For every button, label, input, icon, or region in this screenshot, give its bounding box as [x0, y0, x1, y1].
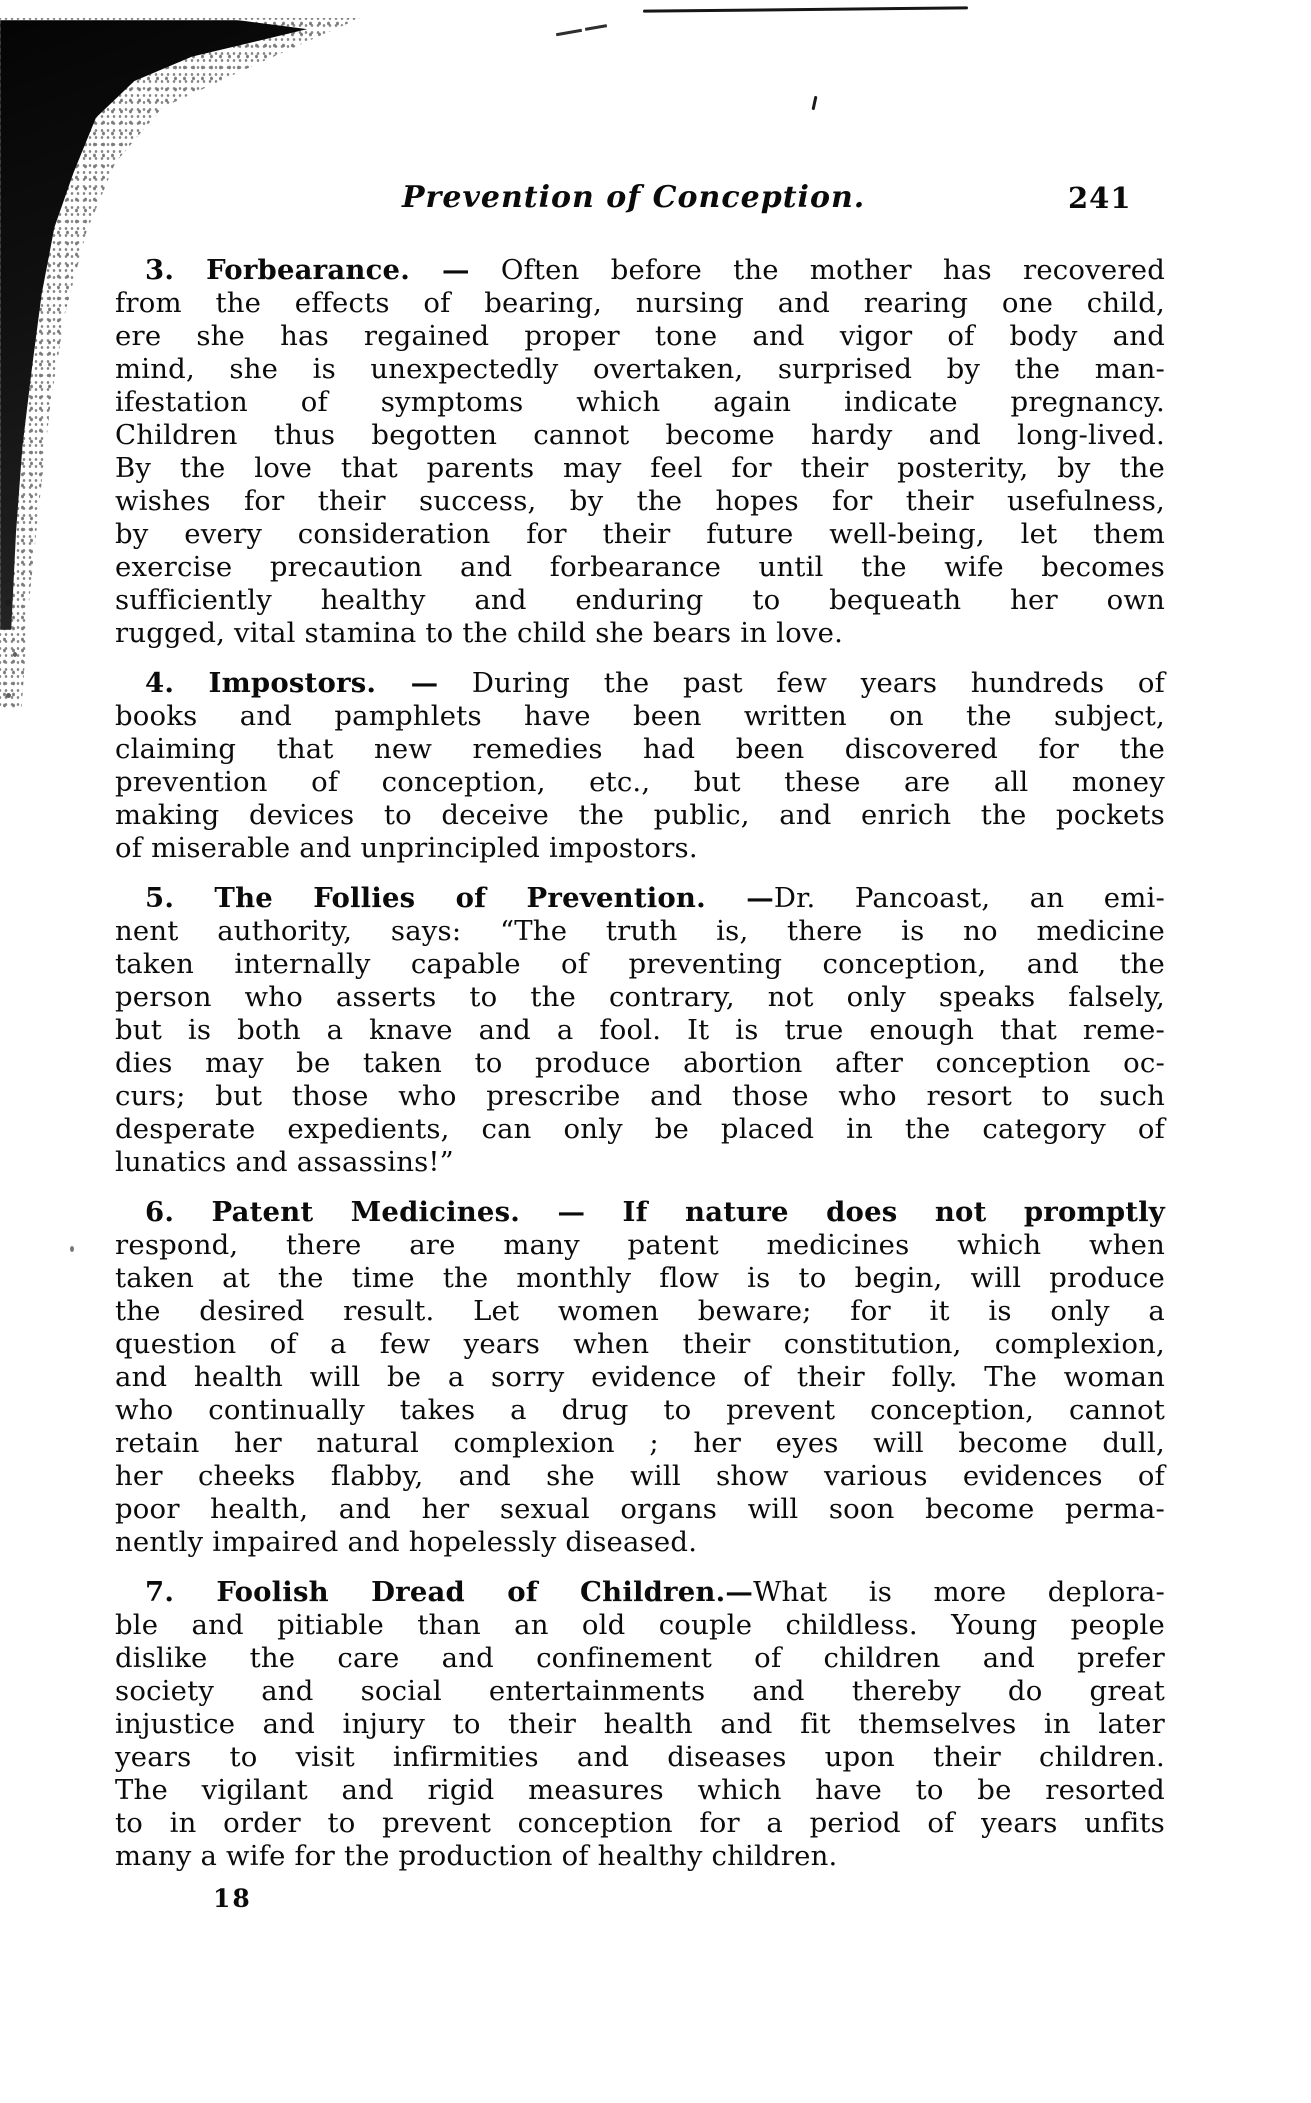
page-number: 241 — [1068, 181, 1132, 215]
text-line: nently impaired and hopelessly diseased. — [115, 1526, 1165, 1559]
text-line: claiming that new remedies had been disc… — [115, 733, 1165, 766]
text-line: injustice and injury to their health and… — [115, 1708, 1165, 1741]
heading-rest-text: Dr. Pancoast, an emi- — [774, 882, 1165, 914]
text-line: and health will be a sorry evidence of t… — [115, 1361, 1165, 1394]
text-line: years to visit infirmities and diseases … — [115, 1741, 1165, 1774]
text-block: 3. Forbearance. — Often before the mothe… — [115, 254, 1165, 1890]
text-line: ble and pitiable than an old couple chil… — [115, 1609, 1165, 1642]
section-heading: 4. Impostors. — — [145, 667, 438, 699]
text-line: 6. Patent Medicines. — If nature does no… — [115, 1196, 1165, 1229]
text-line: exercise precaution and forbearance unti… — [115, 551, 1165, 584]
ink-speck — [5, 600, 11, 606]
text-line: taken at the time the monthly flow is to… — [115, 1262, 1165, 1295]
text-line: By the love that parents may feel for th… — [115, 452, 1165, 485]
text-line: desperate expedients, can only be placed… — [115, 1113, 1165, 1146]
text-line: retain her natural complexion ; her eyes… — [115, 1427, 1165, 1460]
section-heading: 3. Forbearance. — — [145, 254, 470, 286]
text-line: dislike the care and confinement of chil… — [115, 1642, 1165, 1675]
paragraph: 5. The Follies of Prevention. —Dr. Panco… — [115, 882, 1165, 1179]
footer-signature-mark: 18 — [213, 1884, 252, 1913]
text-line: making devices to deceive the public, an… — [115, 799, 1165, 832]
ink-speck — [13, 652, 17, 657]
text-line: The vigilant and rigid measures which ha… — [115, 1774, 1165, 1807]
book-page-scan: Prevention of Conception. 241 3. Forbear… — [0, 0, 1311, 2103]
scan-mark-artifact — [556, 29, 582, 36]
text-line: poor health, and her sexual organs will … — [115, 1493, 1165, 1526]
text-line: respond, there are many patent medicines… — [115, 1229, 1165, 1262]
text-line: books and pamphlets have been written on… — [115, 700, 1165, 733]
text-line: of miserable and unprincipled impostors. — [115, 832, 1165, 865]
text-line: mind, she is unexpectedly overtaken, sur… — [115, 353, 1165, 386]
text-line: the desired result. Let women beware; fo… — [115, 1295, 1165, 1328]
text-line: question of a few years when their const… — [115, 1328, 1165, 1361]
scan-line-artifact — [643, 6, 968, 12]
text-line: 5. The Follies of Prevention. —Dr. Panco… — [115, 882, 1165, 915]
text-line: ifestation of symptoms which again indic… — [115, 386, 1165, 419]
text-line: sufficiently healthy and enduring to beq… — [115, 584, 1165, 617]
text-line: lunatics and assassins!” — [115, 1146, 1165, 1179]
scan-mark-artifact — [585, 24, 607, 31]
text-line: ere she has regained proper tone and vig… — [115, 320, 1165, 353]
heading-rest-text: During the past few years hundreds of — [438, 667, 1165, 699]
heading-rest-text: What is more deplora- — [753, 1576, 1165, 1608]
text-line: her cheeks flabby, and she will show var… — [115, 1460, 1165, 1493]
text-line: 3. Forbearance. — Often before the mothe… — [115, 254, 1165, 287]
text-line: dies may be taken to produce abortion af… — [115, 1047, 1165, 1080]
paragraph: 3. Forbearance. — Often before the mothe… — [115, 254, 1165, 650]
section-heading: 6. Patent Medicines. — If nature does no… — [145, 1196, 1165, 1228]
text-line: rugged, vital stamina to the child she b… — [115, 617, 1165, 650]
text-line: nent authority, says: “The truth is, the… — [115, 915, 1165, 948]
running-header-title: Prevention of Conception. — [402, 180, 865, 215]
text-line: person who asserts to the contrary, not … — [115, 981, 1165, 1014]
text-line: who continually takes a drug to prevent … — [115, 1394, 1165, 1427]
text-line: by every consideration for their future … — [115, 518, 1165, 551]
text-line: taken internally capable of preventing c… — [115, 948, 1165, 981]
paragraph: 6. Patent Medicines. — If nature does no… — [115, 1196, 1165, 1559]
paragraph: 4. Impostors. — During the past few year… — [115, 667, 1165, 865]
section-heading: 5. The Follies of Prevention. — — [145, 882, 774, 914]
text-line: prevention of conception, etc., but thes… — [115, 766, 1165, 799]
text-line: society and social entertainments and th… — [115, 1675, 1165, 1708]
text-line: wishes for their success, by the hopes f… — [115, 485, 1165, 518]
section-heading: 7. Foolish Dread of Children.— — [145, 1576, 753, 1608]
text-line: but is both a knave and a fool. It is tr… — [115, 1014, 1165, 1047]
text-line: curs; but those who prescribe and those … — [115, 1080, 1165, 1113]
paragraph: 7. Foolish Dread of Children.—What is mo… — [115, 1576, 1165, 1873]
ink-speck — [6, 693, 11, 698]
text-line: to in order to prevent conception for a … — [115, 1807, 1165, 1840]
text-line: many a wife for the production of health… — [115, 1840, 1165, 1873]
heading-rest-text: Often before the mother has recovered — [470, 254, 1165, 286]
scan-tick-artifact — [812, 96, 818, 110]
text-line: 4. Impostors. — During the past few year… — [115, 667, 1165, 700]
text-line: from the effects of bearing, nursing and… — [115, 287, 1165, 320]
ink-speck — [70, 1246, 74, 1252]
text-line: 7. Foolish Dread of Children.—What is mo… — [115, 1576, 1165, 1609]
text-line: Children thus begotten cannot become har… — [115, 419, 1165, 452]
